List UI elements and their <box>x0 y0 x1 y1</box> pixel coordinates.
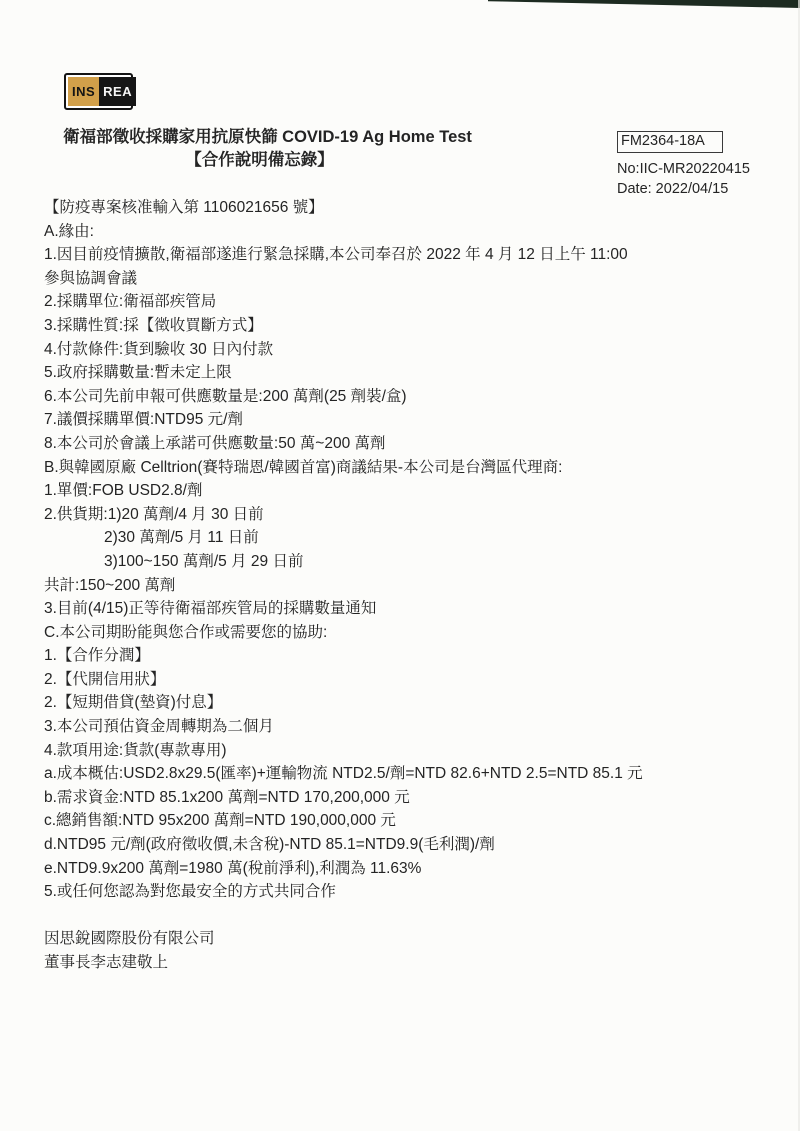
doc-line: 3)100~150 萬劑/5 月 29 日前 <box>44 550 764 574</box>
doc-line: 2.【代開信用狀】 <box>44 668 764 692</box>
doc-line: 5.或任何您認為對您最安全的方式共同合作 <box>44 880 764 904</box>
doc-line: 3.目前(4/15)正等待衛福部疾管局的採購數量通知 <box>44 597 764 621</box>
document-number: No:IIC-MR20220415 <box>617 159 777 179</box>
doc-line-section-c: C.本公司期盼能與您合作或需要您的協助: <box>44 621 764 645</box>
document-body: 【防疫專案核准輸入第 1106021656 號】 A.緣由: 1.因目前疫情擴散… <box>44 196 764 975</box>
doc-line: 4.款項用途:貨款(專款專用) <box>44 739 764 763</box>
doc-line: 1.【合作分潤】 <box>44 644 764 668</box>
doc-line: b.需求資金:NTD 85.1x200 萬劑=NTD 170,200,000 元 <box>44 786 764 810</box>
doc-line: e.NTD9.9x200 萬劑=1980 萬(稅前淨利),利潤為 11.63% <box>44 857 764 881</box>
doc-line: 2.供貨期:1)20 萬劑/4 月 30 日前 <box>44 503 764 527</box>
logo-rea-badge: REA <box>99 77 136 106</box>
document-subtitle: 【合作說明備忘錄】 <box>32 149 487 172</box>
doc-line: 參與協調會議 <box>44 267 764 291</box>
doc-line: 1.因目前疫情擴散,衛福部遂進行緊急採購,本公司奉召於 2022 年 4 月 1… <box>44 243 764 267</box>
scan-artifact-strip <box>488 0 800 8</box>
doc-line: 2)30 萬劑/5 月 11 日前 <box>44 526 764 550</box>
doc-line: 共計:150~200 萬劑 <box>44 574 764 598</box>
doc-line: 7.議價採購單價:NTD95 元/劑 <box>44 408 764 432</box>
signature-signer: 董事長李志建敬上 <box>44 951 764 975</box>
doc-line: d.NTD95 元/劑(政府徵收價,未含稅)-NTD 85.1=NTD9.9(毛… <box>44 833 764 857</box>
form-code-box: FM2364-18A <box>617 131 723 153</box>
doc-line: 6.本公司先前申報可供應數量是:200 萬劑(25 劑裝/盒) <box>44 385 764 409</box>
doc-line: 1.單價:FOB USD2.8/劑 <box>44 479 764 503</box>
doc-line-section-b: B.與韓國原廠 Celltrion(賽特瑞恩/韓國首富)商議結果-本公司是台灣區… <box>44 456 764 480</box>
doc-line: c.總銷售額:NTD 95x200 萬劑=NTD 190,000,000 元 <box>44 809 764 833</box>
doc-line: 2.【短期借貸(墊資)付息】 <box>44 691 764 715</box>
doc-line: 2.採購單位:衛福部疾管局 <box>44 290 764 314</box>
document-title: 衛福部徵收採購家用抗原快篩 COVID-19 Ag Home Test <box>40 126 495 149</box>
signature-company: 因思銳國際股份有限公司 <box>44 927 764 951</box>
doc-line: 3.採購性質:採【徵收買斷方式】 <box>44 314 764 338</box>
document-meta: FM2364-18A No:IIC-MR20220415 Date: 2022/… <box>617 131 777 199</box>
doc-line-section-a: A.緣由: <box>44 220 764 244</box>
document-header: 衛福部徵收採購家用抗原快篩 COVID-19 Ag Home Test 【合作說… <box>40 126 495 172</box>
company-logo: INS REA <box>64 73 133 110</box>
doc-line: 5.政府採購數量:暫未定上限 <box>44 361 764 385</box>
doc-line: 8.本公司於會議上承諾可供應數量:50 萬~200 萬劑 <box>44 432 764 456</box>
doc-line-approval-number: 【防疫專案核准輸入第 1106021656 號】 <box>44 196 764 220</box>
blank-line <box>44 904 764 928</box>
doc-line: 4.付款條件:貨到驗收 30 日內付款 <box>44 338 764 362</box>
doc-line: a.成本概估:USD2.8x29.5(匯率)+運輸物流 NTD2.5/劑=NTD… <box>44 762 764 786</box>
logo-ins-badge: INS <box>68 77 99 106</box>
doc-line: 3.本公司預估資金周轉期為二個月 <box>44 715 764 739</box>
